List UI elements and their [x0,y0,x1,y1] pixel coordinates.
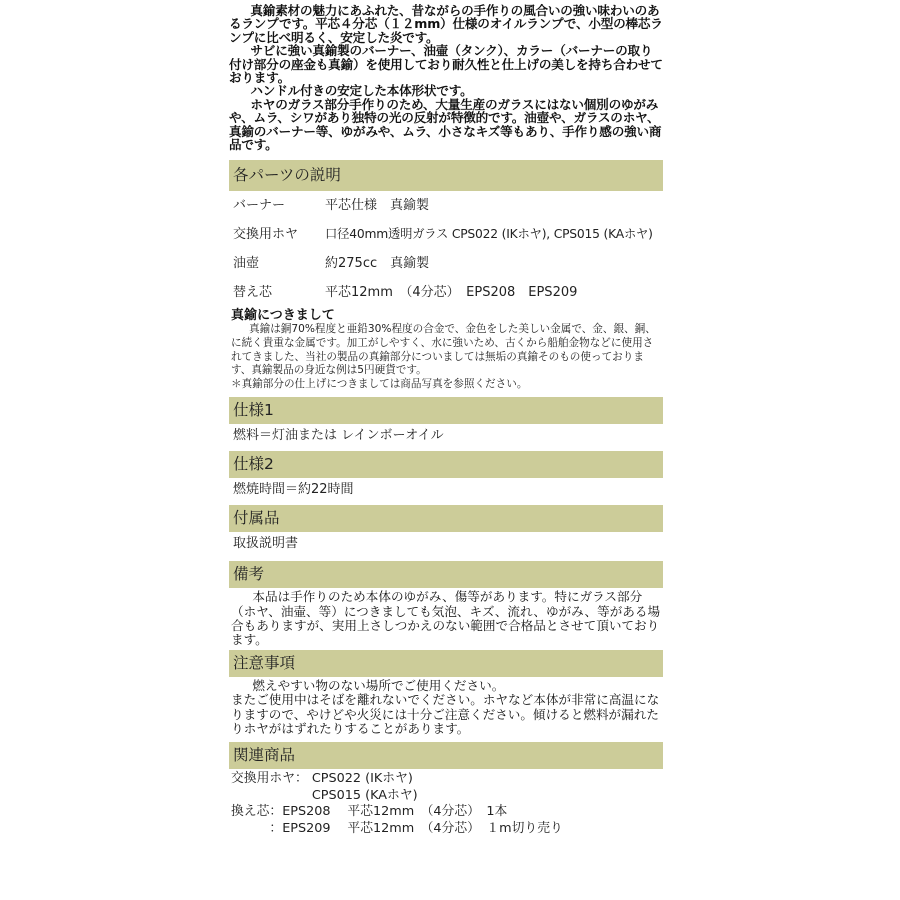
parts-row: バーナー 平芯仕様 真鍮製 [229,191,663,220]
related-line: 交換用ホヤ： CPS022 (IKホヤ) [231,771,663,788]
brass-note: ＊真鍮部分の仕上げにつきましては商品写真を参照ください。 [231,378,663,392]
section-header-notes: 備考 [229,561,663,588]
brass-text: 真鍮は銅70%程度と亜鉛30%程度の合金で、金色をした美しい金属で、金、銀、銅、… [229,323,663,391]
parts-value: 平芯仕様 真鍮製 [325,191,663,220]
section-header-spec2: 仕様2 [229,451,663,478]
section-header-accessories: 付属品 [229,505,663,532]
caution-text: 燃えやすい物のない場所でご使用ください。 またご使用中はそばを離れないでください… [229,677,663,736]
caution-line: またご使用中はそばを離れないでください。ホヤなど本体が非常に高温になりますので、… [231,693,663,736]
caution-line: 燃えやすい物のない場所でご使用ください。 [231,679,663,693]
related-products: 交換用ホヤ： CPS022 (IKホヤ) CPS015 (KAホヤ)換え芯：EP… [229,769,663,837]
section-header-parts: 各パーツの説明 [229,160,663,191]
parts-row: 交換用ホヤ 口径40mm透明ガラス CPS022 (IKホヤ), CPS015 … [229,220,663,249]
section-header-related: 関連商品 [229,742,663,769]
parts-key: 交換用ホヤ [229,220,325,249]
spec2-text: 燃焼時間＝約22時間 [229,478,663,502]
parts-table: バーナー 平芯仕様 真鍮製 交換用ホヤ 口径40mm透明ガラス CPS022 (… [229,191,663,307]
section-header-spec1: 仕様1 [229,397,663,424]
intro-paragraph: ハンドル付きの安定した本体形状です。 [229,84,663,97]
notes-text: 本品は手作りのため本体のゆがみ、傷等があります。特にガラス部分（ホヤ、油壷、等）… [229,588,663,647]
related-line: 換え芯：EPS208 平芯12mm （4分芯） 1本 [231,804,663,821]
intro-paragraph: 真鍮素材の魅力にあふれた、昔ながらの手作りの風合いの強い味わいのあるランプです。… [229,4,663,44]
related-line: ：EPS209 平芯12mm （4分芯） １m切り売り [231,821,663,838]
parts-value: 口径40mm透明ガラス CPS022 (IKホヤ), CPS015 (KAホヤ) [325,220,663,249]
parts-row: 替え芯 平芯12mm （4分芯） EPS208 EPS209 [229,278,663,307]
notes-paragraph: 本品は手作りのため本体のゆがみ、傷等があります。特にガラス部分（ホヤ、油壷、等）… [231,590,663,647]
related-line: CPS015 (KAホヤ) [231,788,663,805]
accessories-text: 取扱説明書 [229,532,663,556]
brass-heading: 真鍮につきまして [229,309,663,323]
brass-paragraph: 真鍮は銅70%程度と亜鉛30%程度の合金で、金色をした美しい金属で、金、銀、銅、… [231,323,663,377]
parts-key: 替え芯 [229,278,325,307]
spec1-text: 燃料＝灯油または レインボーオイル [229,424,663,448]
parts-row: 油壺 約275cc 真鍮製 [229,249,663,278]
parts-key: バーナー [229,191,325,220]
intro-paragraph: サビに強い真鍮製のバーナー、油壷（タンク）、カラー（バーナーの取り付け部分の座金… [229,44,663,84]
section-header-caution: 注意事項 [229,650,663,677]
product-description: 真鍮素材の魅力にあふれた、昔ながらの手作りの風合いの強い味わいのあるランプです。… [229,0,663,837]
parts-value: 平芯12mm （4分芯） EPS208 EPS209 [325,278,663,307]
parts-key: 油壺 [229,249,325,278]
parts-value: 約275cc 真鍮製 [325,249,663,278]
intro-paragraph: ホヤのガラス部分手作りのため、大量生産のガラスにはない個別のゆがみや、ムラ、シワ… [229,98,663,152]
intro-text: 真鍮素材の魅力にあふれた、昔ながらの手作りの風合いの強い味わいのあるランプです。… [229,0,663,151]
